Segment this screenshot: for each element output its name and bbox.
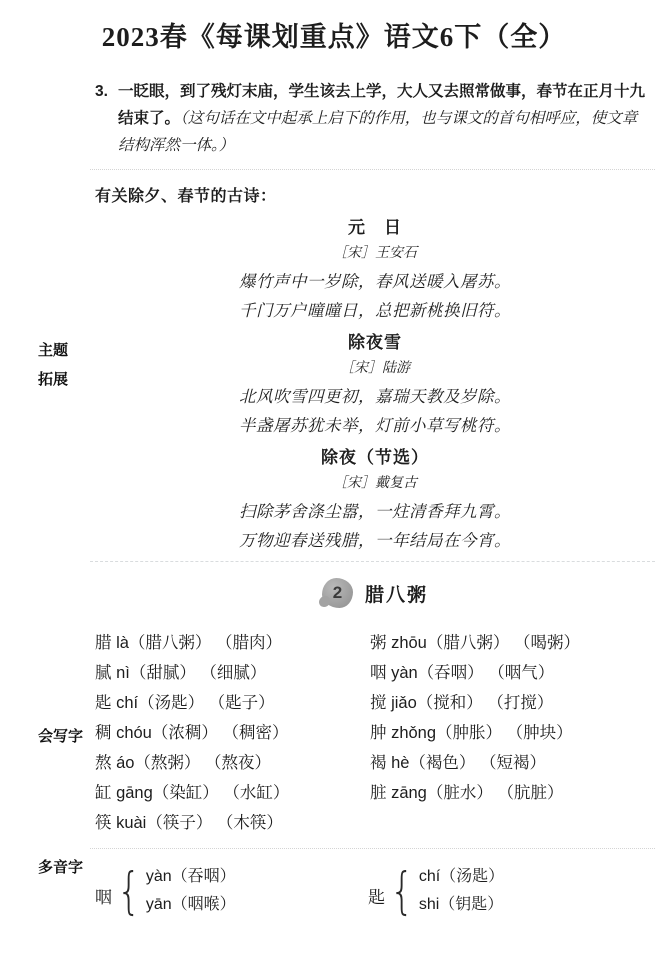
word-entry: 咽 yàn（吞咽） （咽气） — [370, 658, 580, 688]
word-entry: 肿 zhǒng（肿胀） （肿块） — [370, 718, 580, 748]
lesson-title: 腊八粥 — [365, 580, 428, 607]
poem-line: 半盏屠苏犹未举，灯前小草写桃符。 — [95, 416, 655, 436]
word-entry: 熬 áo（熬粥） （熬夜） — [95, 748, 370, 778]
poem-line: 千门万户曈曈日，总把新桃换旧符。 — [95, 301, 655, 321]
word-entry: 腊 là（腊八粥） （腊肉） — [95, 628, 370, 658]
word-list: 腊 là（腊八粥） （腊肉） 腻 nì（甜腻） （细腻） 匙 chí（汤匙） （… — [95, 628, 655, 838]
poem-author: ［宋］戴复古 — [95, 475, 655, 493]
divider — [90, 169, 655, 170]
item-number: 3. — [95, 78, 118, 159]
polyphone-reading: chí（汤匙） — [419, 863, 504, 891]
sidebar-label-line: 拓展 — [38, 365, 68, 394]
polyphone-readings: chí（汤匙） shi（钥匙） — [419, 863, 504, 919]
lesson-header: 2 腊八粥 — [95, 578, 655, 608]
word-entry: 缸 gāng（染缸） （水缸） — [95, 778, 370, 808]
brace-glyph: { — [117, 863, 141, 919]
poem-author: ［宋］陆游 — [95, 360, 655, 378]
polyphone-reading: yān（咽喉） — [146, 891, 236, 919]
word-list-left-column: 腊 là（腊八粥） （腊肉） 腻 nì（甜腻） （细腻） 匙 chí（汤匙） （… — [95, 628, 370, 838]
word-entry: 腻 nì（甜腻） （细腻） — [95, 658, 370, 688]
poem-title: 元 日 — [95, 217, 655, 238]
poem-author: ［宋］王安石 — [95, 245, 655, 263]
poem-block-chuyexue: 除夜雪 ［宋］陆游 北风吹雪四更初，嘉瑞天教及岁除。 半盏屠苏犹未举，灯前小草写… — [95, 332, 655, 436]
sidebar-label-huixiezi: 会写字 — [38, 722, 83, 751]
polyphone-readings: yàn（吞咽） yān（咽喉） — [146, 863, 236, 919]
word-list-right-column: 粥 zhōu（腊八粥） （喝粥） 咽 yàn（吞咽） （咽气） 搅 jiǎo（搅… — [370, 628, 580, 838]
polyphone-row: 咽 { yàn（吞咽） yān（咽喉） 匙 { chí（汤匙） shi（钥匙） — [95, 863, 655, 919]
brace-glyph: { — [390, 863, 414, 919]
poem-line: 扫除茅舍涤尘嚣，一炷清香拜九霄。 — [95, 502, 655, 522]
poem-line: 爆竹声中一岁除，春风送暖入屠苏。 — [95, 272, 655, 292]
numbered-item-3: 3. 一眨眼，到了残灯末庙，学生该去上学，大人又去照常做事，春节在正月十九结束了… — [95, 78, 648, 159]
lesson-number-badge: 2 — [322, 578, 353, 608]
polyphone-reading: yàn（吞咽） — [146, 863, 236, 891]
word-entry: 筷 kuài（筷子） （木筷） — [95, 808, 370, 838]
polyphone-reading: shi（钥匙） — [419, 891, 504, 919]
polyphone-group-chi: 匙 { chí（汤匙） shi（钥匙） — [368, 863, 504, 919]
poem-line: 北风吹雪四更初，嘉瑞天教及岁除。 — [95, 387, 655, 407]
poem-line: 万物迎春送残腊，一年结局在今宵。 — [95, 531, 655, 551]
polyphone-character: 匙 — [368, 883, 385, 908]
page-title: 2023春《每课划重点》语文6下（全） — [0, 0, 668, 54]
poems-heading: 有关除夕、春节的古诗： — [95, 183, 668, 206]
poem-block-chuye: 除夜（节选） ［宋］戴复古 扫除茅舍涤尘嚣，一炷清香拜九霄。 万物迎春送残腊，一… — [95, 447, 655, 551]
poem-block-yuanri: 元 日 ［宋］王安石 爆竹声中一岁除，春风送暖入屠苏。 千门万户曈曈日，总把新桃… — [95, 217, 655, 321]
poem-title: 除夜（节选） — [95, 447, 655, 468]
word-entry: 褐 hè（褐色） （短褐） — [370, 748, 580, 778]
word-entry: 搅 jiǎo（搅和） （打搅） — [370, 688, 580, 718]
word-entry: 粥 zhōu（腊八粥） （喝粥） — [370, 628, 580, 658]
divider — [90, 848, 655, 849]
sidebar-label-duoyinzi: 多音字 — [38, 853, 83, 882]
poem-title: 除夜雪 — [95, 332, 655, 353]
word-entry: 稠 chóu（浓稠） （稠密） — [95, 718, 370, 748]
word-entry: 脏 zāng（脏水） （肮脏） — [370, 778, 580, 808]
document-page: 2023春《每课划重点》语文6下（全） 3. 一眨眼，到了残灯末庙，学生该去上学… — [0, 0, 668, 967]
item-text: 一眨眼，到了残灯末庙，学生该去上学，大人又去照常做事，春节在正月十九结束了。（这… — [118, 78, 648, 159]
item-note-text: （这句话在文中起承上启下的作用，也与课文的首句相呼应，使文章结构浑然一体。） — [118, 110, 637, 154]
polyphone-character: 咽 — [95, 883, 112, 908]
word-entry: 匙 chí（汤匙） （匙子） — [95, 688, 370, 718]
sidebar-label-theme-expansion: 主题 拓展 — [38, 336, 68, 394]
lesson-number: 2 — [333, 583, 342, 603]
polyphone-group-yan: 咽 { yàn（吞咽） yān（咽喉） — [95, 863, 368, 919]
divider — [90, 561, 655, 562]
sidebar-label-line: 主题 — [38, 336, 68, 365]
